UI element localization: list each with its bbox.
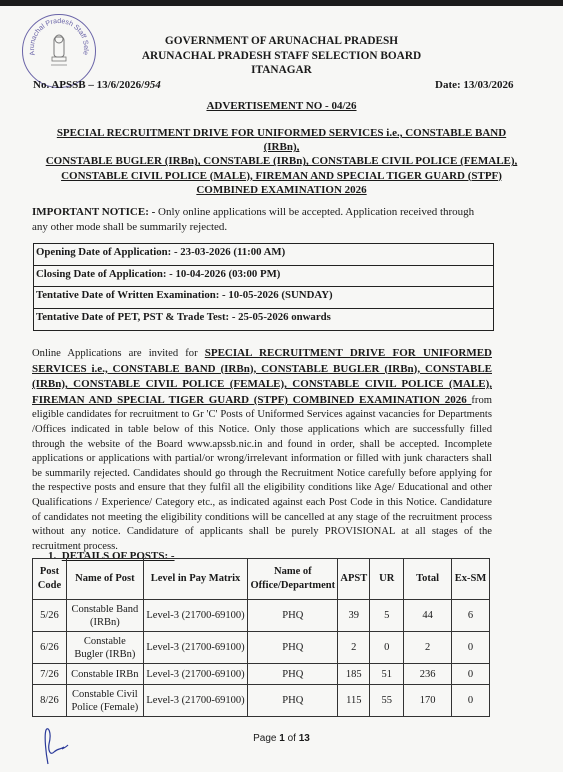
table-cell: Level-3 (21700-69100) bbox=[143, 600, 248, 632]
table-cell: 2 bbox=[404, 632, 452, 664]
col-office: Name of Office/Department bbox=[248, 559, 338, 600]
table-cell: Level-3 (21700-69100) bbox=[143, 685, 248, 717]
table-cell: Level-3 (21700-69100) bbox=[143, 632, 248, 664]
posts-table: Post Code Name of Post Level in Pay Matr… bbox=[32, 558, 490, 717]
table-cell: 7/26 bbox=[33, 664, 67, 685]
table-cell: 170 bbox=[404, 685, 452, 717]
advertisement-number: ADVERTISEMENT NO - 04/26 bbox=[0, 100, 563, 112]
table-cell: 6 bbox=[452, 600, 490, 632]
page-footer: Page 1 of 13 bbox=[0, 733, 563, 744]
table-row: 6/26Constable Bugler (IRBn)Level-3 (2170… bbox=[33, 632, 490, 664]
table-cell: Constable IRBn bbox=[66, 664, 143, 685]
table-cell: 39 bbox=[338, 600, 370, 632]
written-exam-date: Tentative Date of Written Examination: -… bbox=[34, 287, 493, 309]
col-pay-level: Level in Pay Matrix bbox=[143, 559, 248, 600]
table-cell: 0 bbox=[452, 664, 490, 685]
recruitment-title: SPECIAL RECRUITMENT DRIVE FOR UNIFORMED … bbox=[40, 126, 523, 197]
key-dates-box: Opening Date of Application: - 23-03-202… bbox=[33, 243, 494, 331]
col-name-of-post: Name of Post bbox=[66, 559, 143, 600]
table-cell: 115 bbox=[338, 685, 370, 717]
important-notice: IMPORTANT NOTICE: - Only online applicat… bbox=[32, 205, 492, 235]
signature bbox=[40, 726, 80, 766]
table-cell: PHQ bbox=[248, 685, 338, 717]
table-cell: Constable Civil Police (Female) bbox=[66, 685, 143, 717]
col-ur: UR bbox=[370, 559, 404, 600]
table-row: 7/26Constable IRBnLevel-3 (21700-69100)P… bbox=[33, 664, 490, 685]
table-cell: 185 bbox=[338, 664, 370, 685]
table-cell: 44 bbox=[404, 600, 452, 632]
document-page: Arunachal Pradesh Staff Selection Board … bbox=[0, 6, 563, 772]
table-cell: 0 bbox=[452, 632, 490, 664]
closing-date: Closing Date of Application: - 10-04-202… bbox=[34, 266, 493, 288]
table-cell: PHQ bbox=[248, 600, 338, 632]
table-cell: Constable Bugler (IRBn) bbox=[66, 632, 143, 664]
opening-date: Opening Date of Application: - 23-03-202… bbox=[34, 244, 493, 266]
table-cell: 0 bbox=[370, 632, 404, 664]
notice-date: Date: 13/03/2026 bbox=[435, 79, 514, 91]
reference-number: No. APSSB – 13/6/2026/954 bbox=[33, 79, 161, 91]
table-cell: 8/26 bbox=[33, 685, 67, 717]
table-cell: 5 bbox=[370, 600, 404, 632]
table-row: 5/26Constable Band (IRBn)Level-3 (21700-… bbox=[33, 600, 490, 632]
header-board: ARUNACHAL PRADESH STAFF SELECTION BOARD bbox=[0, 50, 563, 62]
table-cell: 55 bbox=[370, 685, 404, 717]
col-total: Total bbox=[404, 559, 452, 600]
header-government: GOVERNMENT OF ARUNACHAL PRADESH bbox=[0, 35, 563, 47]
table-cell: 5/26 bbox=[33, 600, 67, 632]
col-post-code: Post Code bbox=[33, 559, 67, 600]
intro-paragraph: Online Applications are invited for SPEC… bbox=[32, 346, 492, 554]
table-header-row: Post Code Name of Post Level in Pay Matr… bbox=[33, 559, 490, 600]
table-cell: Level-3 (21700-69100) bbox=[143, 664, 248, 685]
table-cell: PHQ bbox=[248, 632, 338, 664]
pet-pst-date: Tentative Date of PET, PST & Trade Test:… bbox=[34, 309, 493, 331]
table-row: 8/26Constable Civil Police (Female)Level… bbox=[33, 685, 490, 717]
table-cell: 2 bbox=[338, 632, 370, 664]
col-ex-sm: Ex-SM bbox=[452, 559, 490, 600]
table-cell: 51 bbox=[370, 664, 404, 685]
col-apst: APST bbox=[338, 559, 370, 600]
table-cell: 0 bbox=[452, 685, 490, 717]
table-cell: 6/26 bbox=[33, 632, 67, 664]
table-cell: PHQ bbox=[248, 664, 338, 685]
table-cell: 236 bbox=[404, 664, 452, 685]
header-city: ITANAGAR bbox=[0, 64, 563, 76]
table-cell: Constable Band (IRBn) bbox=[66, 600, 143, 632]
